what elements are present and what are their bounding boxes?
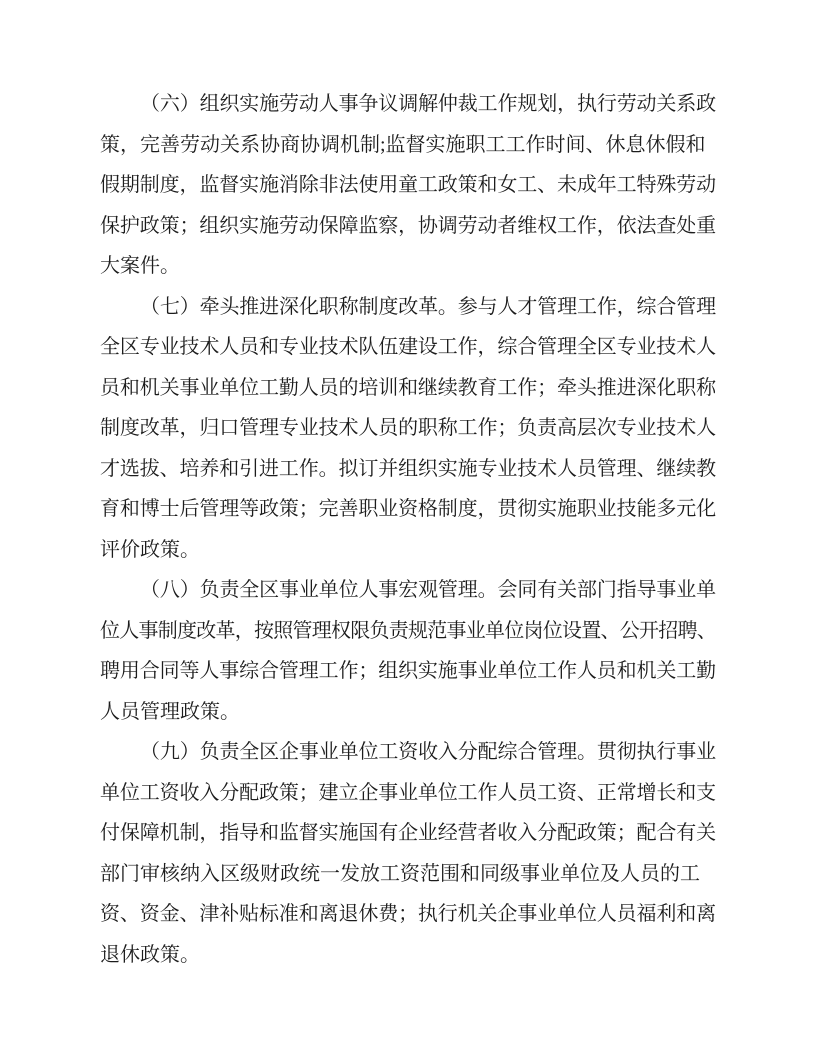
text-line: 策，完善劳动关系协商协调机制;监督实施职工工作时间、休息休假和: [100, 125, 716, 166]
text-line: 位人事制度改革，按照管理权限负责规范事业单位岗位设置、公开招聘、: [100, 611, 716, 652]
text-line: 资、资金、津补贴标准和离退休费；执行机关企事业单位人员福利和离: [100, 894, 716, 935]
document-body: （六）组织实施劳动人事争议调解仲裁工作规划，执行劳动关系政策，完善劳动关系协商协…: [100, 84, 716, 975]
text-line: 保护政策；组织实施劳动保障监察，协调劳动者维权工作，依法查处重: [100, 206, 716, 247]
text-line: （九）负责全区企事业单位工资收入分配综合管理。贯彻执行事业: [100, 732, 716, 773]
text-line: （八）负责全区事业单位人事宏观管理。会同有关部门指导事业单: [100, 570, 716, 611]
document-page: （六）组织实施劳动人事争议调解仲裁工作规划，执行劳动关系政策，完善劳动关系协商协…: [0, 0, 816, 1056]
text-line: 员和机关事业单位工勤人员的培训和继续教育工作；牵头推进深化职称: [100, 368, 716, 409]
text-line: 才选拔、培养和引进工作。拟订并组织实施专业技术人员管理、继续教: [100, 449, 716, 490]
paragraph: （六）组织实施劳动人事争议调解仲裁工作规划，执行劳动关系政策，完善劳动关系协商协…: [100, 84, 716, 287]
text-line: 退休政策。: [100, 935, 716, 976]
paragraph: （七）牵头推进深化职称制度改革。参与人才管理工作，综合管理全区专业技术人员和专业…: [100, 287, 716, 571]
text-line: 单位工资收入分配政策；建立企事业单位工作人员工资、正常增长和支: [100, 773, 716, 814]
text-line: 部门审核纳入区级财政统一发放工资范围和同级事业单位及人员的工: [100, 854, 716, 895]
text-line: 假期制度，监督实施消除非法使用童工政策和女工、未成年工特殊劳动: [100, 165, 716, 206]
text-line: 聘用合同等人事综合管理工作；组织实施事业单位工作人员和机关工勤: [100, 651, 716, 692]
paragraph: （八）负责全区事业单位人事宏观管理。会同有关部门指导事业单位人事制度改革，按照管…: [100, 570, 716, 732]
text-line: 付保障机制，指导和监督实施国有企业经营者收入分配政策；配合有关: [100, 813, 716, 854]
text-line: （七）牵头推进深化职称制度改革。参与人才管理工作，综合管理: [100, 287, 716, 328]
text-line: 制度改革，归口管理专业技术人员的职称工作；负责高层次专业技术人: [100, 408, 716, 449]
text-line: 大案件。: [100, 246, 716, 287]
text-line: 育和博士后管理等政策；完善职业资格制度，贯彻实施职业技能多元化: [100, 489, 716, 530]
text-line: 全区专业技术人员和专业技术队伍建设工作，综合管理全区专业技术人: [100, 327, 716, 368]
paragraph: （九）负责全区企事业单位工资收入分配综合管理。贯彻执行事业单位工资收入分配政策；…: [100, 732, 716, 975]
text-line: 评价政策。: [100, 530, 716, 571]
text-line: （六）组织实施劳动人事争议调解仲裁工作规划，执行劳动关系政: [100, 84, 716, 125]
text-line: 人员管理政策。: [100, 692, 716, 733]
